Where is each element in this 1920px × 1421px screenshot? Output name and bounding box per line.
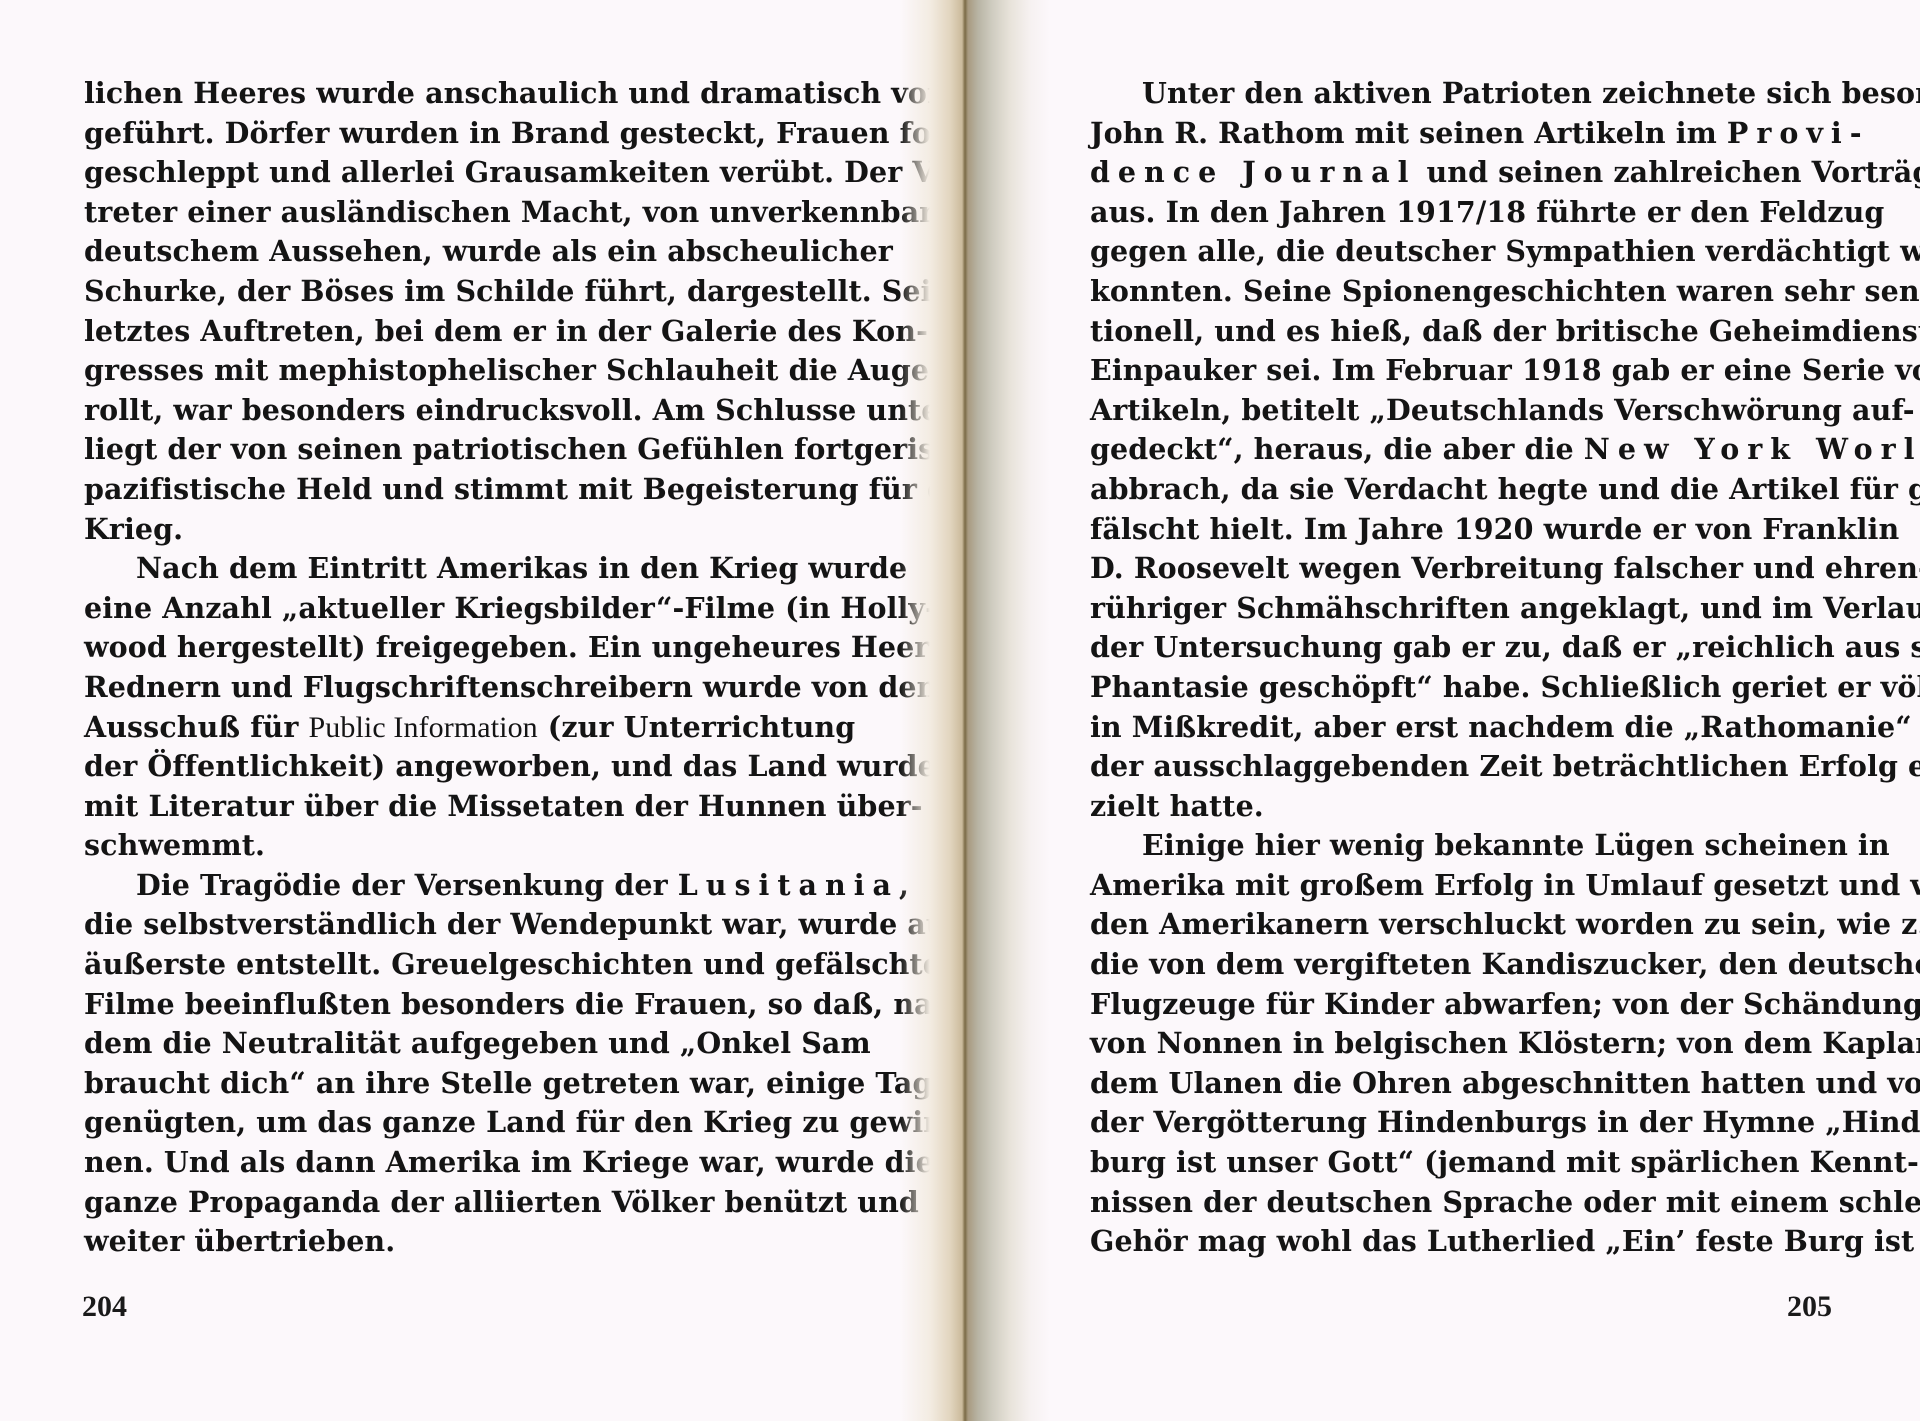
text-line: fälscht hielt. Im Jahre 1920 wurde er vo… — [1090, 510, 1842, 550]
book-gutter — [900, 0, 1050, 1421]
text-line: Amerika mit großem Erfolg in Umlauf gese… — [1090, 866, 1842, 906]
book-spread: lichen Heeres wurde anschaulich und dram… — [0, 0, 1920, 1421]
text-line: der Vergötterung Hindenburgs in der Hymn… — [1090, 1103, 1842, 1143]
text-line: dence Journal und seinen zahlreichen Vor… — [1090, 153, 1842, 193]
text-line: Unter den aktiven Patrioten zeichnete si… — [1090, 74, 1842, 114]
text-line: D. Roosevelt wegen Verbreitung falscher … — [1090, 549, 1842, 589]
spaced-emphasis: Provi- — [1727, 116, 1870, 150]
text-line: der Untersuchung gab er zu, daß er „reic… — [1090, 628, 1842, 668]
page-number-right: 205 — [1787, 1290, 1832, 1324]
text-line: die von dem vergifteten Kandiszucker, de… — [1090, 945, 1842, 985]
text-line: gedeckt“, heraus, die aber die New York … — [1090, 430, 1842, 470]
text-line: Einpauker sei. Im Februar 1918 gab er ei… — [1090, 351, 1842, 391]
spaced-emphasis: dence Journal — [1090, 155, 1416, 189]
text-line: konnten. Seine Spionengeschichten waren … — [1090, 272, 1842, 312]
text-fragment: und seinen zahlreichen Vorträgen — [1416, 155, 1920, 189]
text-line: rühriger Schmähschriften angeklagt, und … — [1090, 589, 1842, 629]
text-line: John R. Rathom mit seinen Artikeln im Pr… — [1090, 114, 1842, 154]
right-page-text: Unter den aktiven Patrioten zeichnete si… — [1090, 74, 1842, 1262]
text-line: in Mißkredit, aber erst nachdem die „Rat… — [1090, 708, 1842, 748]
text-line: Flugzeuge für Kinder abwarfen; von der S… — [1090, 985, 1842, 1025]
text-line: Einige hier wenig bekannte Lügen scheine… — [1090, 826, 1842, 866]
text-line: der ausschlaggebenden Zeit beträchtliche… — [1090, 747, 1842, 787]
text-line: dem Ulanen die Ohren abgeschnitten hatte… — [1090, 1064, 1842, 1104]
spaced-emphasis: New York World — [1584, 432, 1920, 466]
text-line: zielt hatte. — [1090, 787, 1842, 827]
text-line: nissen der deutschen Sprache oder mit ei… — [1090, 1183, 1842, 1223]
text-line: Phantasie geschöpft“ habe. Schließlich g… — [1090, 668, 1842, 708]
text-line: tionell, und es hieß, daß der britische … — [1090, 312, 1842, 352]
text-line: aus. In den Jahren 1917/18 führte er den… — [1090, 193, 1842, 233]
text-line: Gehör mag wohl das Lutherlied „Ein’ fest… — [1090, 1222, 1842, 1262]
text-line: den Amerikanern verschluckt worden zu se… — [1090, 905, 1842, 945]
text-line: von Nonnen in belgischen Klöstern; von d… — [1090, 1024, 1842, 1064]
text-line: burg ist unser Gott“ (jemand mit spärlic… — [1090, 1143, 1842, 1183]
text-fragment: John R. Rathom mit seinen Artikeln im — [1090, 116, 1727, 150]
text-line: gegen alle, die deutscher Sympathien ver… — [1090, 232, 1842, 272]
text-fragment: gedeckt“, heraus, die aber die — [1090, 432, 1584, 466]
text-line: Artikeln, betitelt „Deutschlands Verschw… — [1090, 391, 1842, 431]
text-line: abbrach, da sie Verdacht hegte und die A… — [1090, 470, 1842, 510]
